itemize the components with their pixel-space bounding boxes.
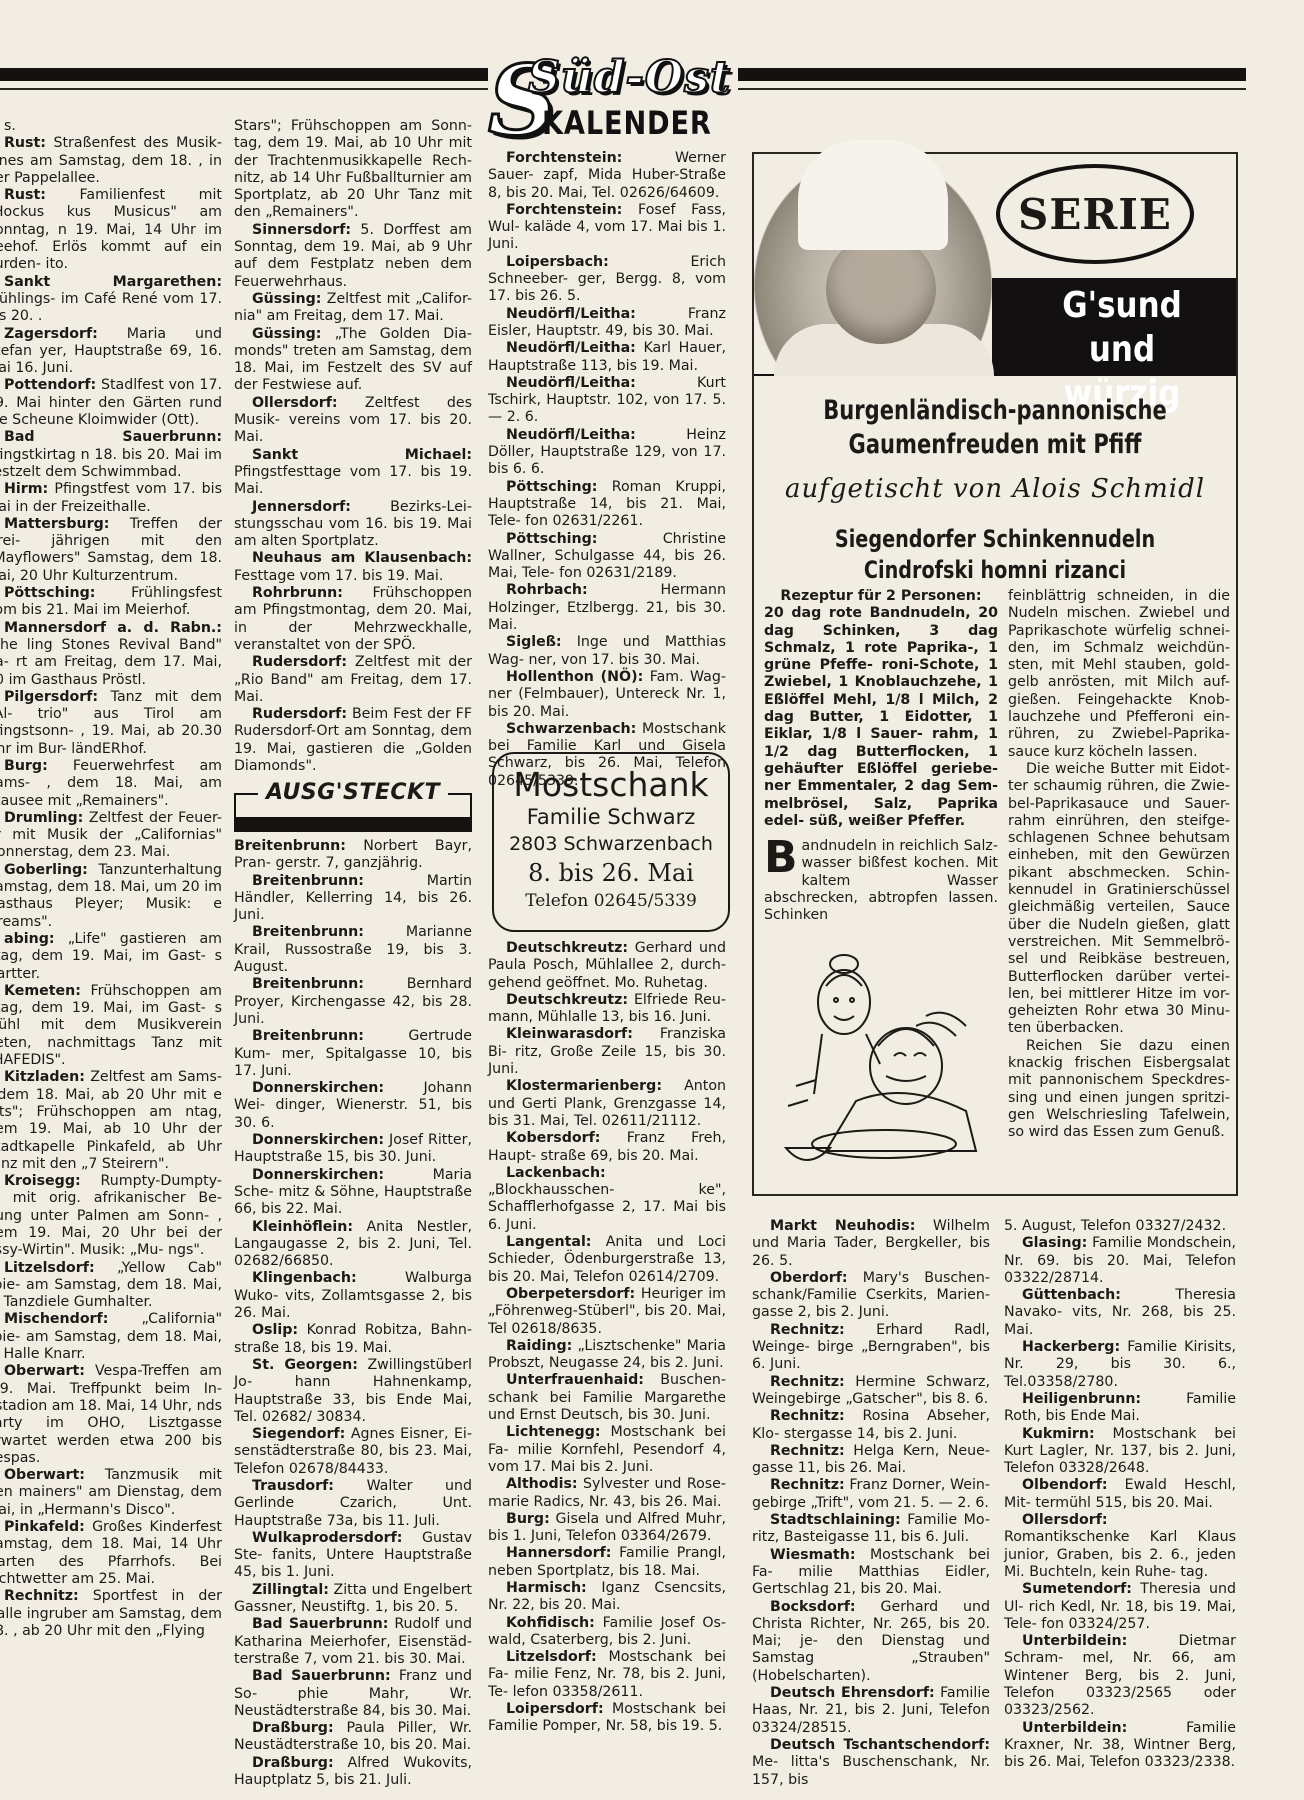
listing-entry: Litzelsdorf: Mostschank bei Fa- milie Fe…	[488, 1649, 726, 1701]
listing-place: Deutsch Tschantschendorf:	[770, 1737, 990, 1753]
listing-entry: Oberdorf: Mary's Buschen- schank/Familie…	[752, 1270, 990, 1322]
listing-place: Neudörfl/Leitha:	[506, 340, 636, 356]
recipe-left-column: Rezeptur für 2 Personen: 20 dag rote Ban…	[764, 588, 998, 925]
listing-entry: Burg: Feuerwehrfest am Sams- , dem 18. M…	[0, 758, 222, 810]
listing-place: Sumetendorf:	[1022, 1581, 1132, 1597]
listing-entry: Oberwart: Vespa-Treffen am /19. Mai. Tre…	[0, 1363, 222, 1467]
listing-place: Sinnersdorf:	[252, 222, 351, 238]
listing-entry: Breitenbrunn: Marianne Krail, Russostraß…	[234, 924, 472, 976]
listing-entry: Loipersbach: Erich Schneeber- ger, Bergg…	[488, 254, 726, 306]
listing-entry: Draßburg: Paula Piller, Wr. Neustädterst…	[234, 1720, 472, 1755]
listing-place: Drumling:	[4, 810, 83, 826]
column-1: s.Rust: Straßenfest des Musik- eines am …	[0, 118, 222, 1778]
listing-entry: Rechnitz: Erhard Radl, Weinge- birge „Be…	[752, 1322, 990, 1374]
column-2-ausgsteckt: Breitenbrunn: Norbert Bayr, Pran- gerstr…	[234, 838, 472, 1789]
ad-dates: 8. bis 26. Mai	[494, 858, 728, 888]
listing-place: Güttenbach:	[1022, 1287, 1121, 1303]
listing-place: Deutsch Ehrensdorf:	[770, 1685, 935, 1701]
listing-place: Rechnitz:	[770, 1477, 845, 1493]
listing-entry: Donnerskirchen: Maria Sche- mitz & Söhne…	[234, 1167, 472, 1219]
listing-entry: Bocksdorf: Gerhard und Christa Richter, …	[752, 1599, 990, 1685]
listing-place: Unterbildein:	[1022, 1720, 1127, 1736]
listing-place: Goberling:	[4, 862, 88, 878]
listing-entry: Breitenbrunn: Martin Händler, Kellerring…	[234, 873, 472, 925]
listing-place: Zillingtal:	[252, 1582, 329, 1598]
listing-entry: Hannersdorf: Familie Prangl, neben Sport…	[488, 1545, 726, 1580]
listing-place: Langental:	[506, 1234, 592, 1250]
newspaper-page: S Süd-Ost KALENDER s.Rust: Straßenfest d…	[0, 0, 1304, 1800]
recipe-step-2: feinblättrig schneiden, in die Nudeln mi…	[1008, 588, 1230, 761]
dish-title: Siegendorfer Schinkennudeln Cindrofski h…	[802, 524, 1188, 586]
column-3-bottom: Deutschkreutz: Gerhard und Paula Posch, …	[488, 940, 726, 1736]
listing-entry: Neudörfl/Leitha: Karl Hauer, Hauptstraße…	[488, 340, 726, 375]
listing-place: Rust:	[4, 135, 46, 151]
listing-entry: 5. August, Telefon 03327/2432.	[1004, 1218, 1236, 1235]
listing-place: Oslip:	[252, 1322, 298, 1338]
listing-entry: Trausdorf: Walter und Gerlinde Czarich, …	[234, 1478, 472, 1530]
listing-entry: Lichtenegg: Mostschank bei Fa- milie Kor…	[488, 1424, 726, 1476]
recipe-step-4: Reichen Sie dazu einen knackig frischen …	[1008, 1038, 1230, 1142]
listing-entry: Neudörfl/Leitha: Kurt Tschirk, Hauptstr.…	[488, 375, 726, 427]
listing-place: Litzelsdorf:	[506, 1649, 597, 1665]
listing-entry: Hackerberg: Familie Kirisits, Nr. 29, bi…	[1004, 1339, 1236, 1391]
listing-entry: Draßburg: Alfred Wukovits, Hauptplatz 5,…	[234, 1755, 472, 1790]
mostschank-ad: Mostschank Familie Schwarz 2803 Schwarze…	[492, 752, 730, 932]
logo-title: KALENDER	[542, 104, 712, 142]
listing-place: Bad Sauerbrunn:	[252, 1668, 391, 1684]
listing-entry: Pinkafeld: Großes Kinderfest Samstag, de…	[0, 1519, 222, 1588]
listing-place: Olbendorf:	[1022, 1477, 1108, 1493]
listing-text: Stars"; Frühschoppen am Sonn- tag, dem 1…	[234, 118, 472, 220]
listing-place: Lackenbach:	[506, 1165, 606, 1181]
listing-place: Pöttsching:	[506, 531, 597, 547]
section-header-bar	[234, 817, 472, 832]
listing-place: Draßburg:	[252, 1720, 334, 1736]
listing-entry: Kitzladen: Zeltfest am Sams- , dem 18. M…	[0, 1069, 222, 1173]
listing-entry: Forchtenstein: Werner Sauer- zapf, Mida …	[488, 150, 726, 202]
listing-entry: Rudersdorf: Zeltfest mit der „Rio Band" …	[234, 654, 472, 706]
ad-phone: Telefon 02645/5339	[494, 888, 728, 914]
listing-text: Pfingstkirtag n 18. bis 20. Mai im Festz…	[0, 447, 222, 480]
listing-entry: Althodis: Sylvester und Rose- marie Radi…	[488, 1476, 726, 1511]
ad-title: Mostschank	[494, 766, 728, 804]
listing-entry: Stars"; Frühschoppen am Sonn- tag, dem 1…	[234, 118, 472, 222]
listing-entry: Deutschkreutz: Gerhard und Paula Posch, …	[488, 940, 726, 992]
listing-place: Mattersburg:	[4, 516, 109, 532]
column-4: Markt Neuhodis: Wilhelm und Maria Tader,…	[752, 1218, 990, 1789]
listing-entry: Rust: Familienfest mit „Hockus kus Music…	[0, 187, 222, 273]
listing-entry: Bad Sauerbrunn: Franz und So- phie Mahr,…	[234, 1668, 472, 1720]
listing-place: Loipersdorf:	[506, 1701, 604, 1717]
listing-entry: Güssing: „The Golden Dia- monds" treten …	[234, 326, 472, 395]
listing-entry: Sinnersdorf: 5. Dorffest am Sonntag, dem…	[234, 222, 472, 291]
header-rule-right	[738, 68, 1246, 81]
listing-entry: Burg: Gisela und Alfred Muhr, bis 1. Jun…	[488, 1511, 726, 1546]
listing-entry: Zagersdorf: Maria und Stefan yer, Haupts…	[0, 326, 222, 378]
listing-entry: Kohfidisch: Familie Josef Os- wald, Csat…	[488, 1615, 726, 1650]
listing-entry: Lackenbach: „Blockhausschen- ke", Schaff…	[488, 1165, 726, 1234]
recipe-right-column: feinblättrig schneiden, in die Nudeln mi…	[1008, 588, 1230, 1142]
listing-place: Forchtenstein:	[506, 202, 622, 218]
recipe-headline: Burgenländisch-pannonische Gaumenfreuden…	[807, 394, 1183, 462]
listing-entry: Jennersdorf: Bezirks-Lei- stungsschau vo…	[234, 499, 472, 551]
listing-entry: Donnerskirchen: Josef Ritter, Hauptstraß…	[234, 1132, 472, 1167]
listing-place: Glasing:	[1022, 1235, 1087, 1251]
listing-place: Güssing:	[252, 326, 321, 342]
listing-place: Hannersdorf:	[506, 1545, 611, 1561]
ad-address: 2803 Schwarzenbach	[494, 831, 728, 858]
listing-entry: Siegendorf: Agnes Eisner, Ei- senstädter…	[234, 1426, 472, 1478]
listing-place: Bocksdorf:	[770, 1599, 856, 1615]
listing-text: „Blockhausschen- ke", Schafflerhofgasse …	[488, 1182, 726, 1233]
listing-place: Burg:	[506, 1511, 550, 1527]
listing-entry: Pöttsching: Frühlingsfest vom bis 21. Ma…	[0, 585, 222, 620]
listing-place: Forchtenstein:	[506, 150, 622, 166]
listing-place: Heiligenbrunn:	[1022, 1391, 1141, 1407]
listing-place: Pinkafeld:	[4, 1519, 85, 1535]
listing-entry: Mischendorf: „California" spie- am Samst…	[0, 1311, 222, 1363]
listing-place: Kobersdorf:	[506, 1130, 600, 1146]
listing-place: Hirm:	[4, 481, 48, 497]
listing-entry: Rohrbrunn: Frühschoppen am Pfingstmontag…	[234, 585, 472, 654]
listing-place: Donnerskirchen:	[252, 1132, 384, 1148]
chef-face	[826, 234, 936, 344]
listing-place: Siegendorf:	[252, 1426, 345, 1442]
cartoon-illustration-icon	[766, 936, 998, 1184]
listing-entry: Goberling: Tanzunterhaltung Samstag, dem…	[0, 862, 222, 931]
listing-entry: Wiesmath: Mostschank bei Fa- milie Matth…	[752, 1547, 990, 1599]
listing-place: Kleinwarasdorf:	[506, 1026, 633, 1042]
listing-place: Bad Sauerbrunn:	[252, 1616, 388, 1632]
listing-entry: Bad Sauerbrunn: Rudolf und Katharina Mei…	[234, 1616, 472, 1668]
listing-entry: Sigleß: Inge und Matthias Wag- ner, von …	[488, 634, 726, 669]
listing-entry: Oberpetersdorf: Heuriger im „Föhrenweg-S…	[488, 1286, 726, 1338]
listing-entry: Markt Neuhodis: Wilhelm und Maria Tader,…	[752, 1218, 990, 1270]
listing-entry: Heiligenbrunn: Familie Roth, bis Ende Ma…	[1004, 1391, 1236, 1426]
listing-entry: Mannersdorf a. d. Rabn.: „The ling Stone…	[0, 620, 222, 689]
listing-place: Stadtschlaining:	[770, 1512, 901, 1528]
listing-place: Jennersdorf:	[252, 499, 351, 515]
listing-entry: Pöttsching: Roman Kruppi, Hauptstraße 14…	[488, 479, 726, 531]
recipe-byline: aufgetischt von Alois Schmidl	[754, 474, 1236, 504]
listing-place: Markt Neuhodis:	[770, 1218, 915, 1234]
listing-place: Rohrbrunn:	[252, 585, 343, 601]
listing-entry: Rechnitz: Sportfest in der Halle ingrube…	[0, 1588, 222, 1640]
listing-entry: Litzelsdorf: „Yellow Cab" spie- am Samst…	[0, 1260, 222, 1312]
listing-text: Romantikschenke Karl Klaus junior, Grabe…	[1004, 1529, 1236, 1580]
section-header-ausgsteckt: AUSG'STECKT	[234, 780, 472, 832]
listing-place: Raiding:	[506, 1338, 572, 1354]
listing-place: Pöttsching:	[4, 585, 95, 601]
listing-entry: Langental: Anita und Loci Schieder, Öden…	[488, 1234, 726, 1286]
listing-place: Unterbildein:	[1022, 1633, 1127, 1649]
listing-entry: Pöttsching: Christine Wallner, Schulgass…	[488, 531, 726, 583]
listing-entry: Klingenbach: Walburga Wuko- vits, Zollam…	[234, 1270, 472, 1322]
listing-place: Mannersdorf a. d. Rabn.:	[4, 620, 222, 636]
listing-entry: abing: „Life" gastieren am ntag, dem 19.…	[0, 931, 222, 983]
listing-place: Pilgersdorf:	[4, 689, 98, 705]
listing-entry: Raiding: „Lisztschenke" Maria Probszt, N…	[488, 1338, 726, 1373]
listing-place: Donnerskirchen:	[252, 1167, 384, 1183]
listing-place: Kukmirn:	[1022, 1426, 1095, 1442]
listing-entry: Loipersdorf: Mostschank bei Familie Pomp…	[488, 1701, 726, 1736]
listing-place: Rohrbach:	[506, 582, 588, 598]
ingredients: Rezeptur für 2 Personen: 20 dag rote Ban…	[764, 588, 998, 830]
listing-place: Rudersdorf:	[252, 654, 347, 670]
listing-entry: Kobersdorf: Franz Freh, Haupt- straße 69…	[488, 1130, 726, 1165]
listing-entry: Neudörfl/Leitha: Heinz Döller, Hauptstra…	[488, 427, 726, 479]
listing-place: Pottendorf:	[4, 377, 96, 393]
section-title: AUSG'STECKT	[258, 780, 448, 805]
listing-place: Oberwart:	[4, 1363, 85, 1379]
listing-place: Althodis:	[506, 1476, 578, 1492]
column-3-top: Forchtenstein: Werner Sauer- zapf, Mida …	[488, 150, 726, 790]
listing-place: Breitenbrunn:	[234, 838, 346, 854]
listing-text: Frühlings- im Café René vom 17. bis 20. …	[0, 291, 222, 324]
listing-place: Litzelsdorf:	[4, 1260, 95, 1276]
listing-place: Rust:	[4, 187, 46, 203]
listing-place: Rechnitz:	[770, 1374, 845, 1390]
listing-entry: Rechnitz: Hermine Schwarz, Weingebirge „…	[752, 1374, 990, 1409]
listing-place: Klostermarienberg:	[506, 1078, 662, 1094]
listing-place: Ollersdorf:	[252, 395, 338, 411]
listing-entry: Rechnitz: Rosina Abseher, Klo- stergasse…	[752, 1408, 990, 1443]
listing-place: Breitenbrunn:	[252, 976, 364, 992]
listing-entry: Pilgersdorf: Tanz mit dem „Al- trio" aus…	[0, 689, 222, 758]
listing-place: St. Georgen:	[252, 1357, 358, 1373]
recipe-step-1: B andnudeln in reichlich Salz- wasser bi…	[764, 838, 998, 924]
listing-entry: Rust: Straßenfest des Musik- eines am Sa…	[0, 135, 222, 187]
listing-place: Neudörfl/Leitha:	[506, 427, 636, 443]
recipe-feature-box: SERIE G'sund und würzig Burgenländisch-p…	[752, 152, 1238, 1196]
listing-place: Loipersbach:	[506, 254, 609, 270]
listing-place: Wulkaprodersdorf:	[252, 1530, 403, 1546]
listing-entry: Hirm: Pfingstfest vom 17. bis Mai in der…	[0, 481, 222, 516]
listing-place: Rechnitz:	[4, 1588, 79, 1604]
listing-entry: Oslip: Konrad Robitza, Bahn- straße 18, …	[234, 1322, 472, 1357]
listing-entry: St. Georgen: Zwillingstüberl Jo- hann Ha…	[234, 1357, 472, 1426]
listing-place: Oberpetersdorf:	[506, 1286, 635, 1302]
listing-place: Oberwart:	[4, 1467, 85, 1483]
listing-place: Klingenbach:	[252, 1270, 357, 1286]
listing-place: Lichtenegg:	[506, 1424, 601, 1440]
listing-text: Me- litta's Buschenschank, Nr. 157, bis	[752, 1754, 990, 1787]
listing-entry: Kukmirn: Mostschank bei Kurt Lagler, Nr.…	[1004, 1426, 1236, 1478]
listing-entry: Pottendorf: Stadlfest von 17. 19. Mai hi…	[0, 377, 222, 429]
listing-entry: Ollersdorf: Zeltfest des Musik- vereins …	[234, 395, 472, 447]
listing-entry: Breitenbrunn: Norbert Bayr, Pran- gerstr…	[234, 838, 472, 873]
listing-place: Mischendorf:	[4, 1311, 108, 1327]
listing-entry: Hollenthon (NÖ): Fam. Wag- ner (Felmbaue…	[488, 669, 726, 721]
column-2-events: Stars"; Frühschoppen am Sonn- tag, dem 1…	[234, 118, 472, 775]
listing-place: Neudörfl/Leitha:	[506, 306, 636, 322]
listing-place: Draßburg:	[252, 1755, 334, 1771]
listing-place: Kitzladen:	[4, 1069, 85, 1085]
listing-place: Breitenbrunn:	[252, 873, 364, 889]
listing-place: Kroisegg:	[4, 1173, 81, 1189]
listing-place: Oberdorf:	[770, 1270, 848, 1286]
listing-place: Kemeten:	[4, 983, 81, 999]
drop-cap: B	[764, 840, 798, 876]
listing-entry: Kleinwarasdorf: Franziska Bi- ritz, Groß…	[488, 1026, 726, 1078]
listing-place: Kohfidisch:	[506, 1615, 595, 1631]
listing-place: Burg:	[4, 758, 48, 774]
listing-place: Donnerskirchen:	[252, 1080, 384, 1096]
header-thin-rule-right	[738, 88, 1246, 90]
listing-place: abing:	[4, 931, 55, 947]
recipe-step-1-text: andnudeln in reichlich Salz- wasser bißf…	[764, 838, 998, 923]
listing-place: Schwarzenbach:	[506, 721, 636, 737]
listing-place: Rechnitz:	[770, 1443, 845, 1459]
listing-place: Breitenbrunn:	[252, 1028, 364, 1044]
listing-entry: Rechnitz: Franz Dorner, Wein- gebirge „T…	[752, 1477, 990, 1512]
listing-entry: Unterfrauenhaid: Buschen- schank bei Fam…	[488, 1372, 726, 1424]
listing-place: Rudersdorf:	[252, 706, 347, 722]
listing-text: 5. August, Telefon 03327/2432.	[1004, 1218, 1226, 1234]
listing-entry: Zillingtal: Zitta und Engelbert Gassner,…	[234, 1582, 472, 1617]
listing-place: Unterfrauenhaid:	[506, 1372, 644, 1388]
listing-entry: Sankt Michael: Pfingstfesttage vom 17. b…	[234, 447, 472, 499]
listing-text: Festtage vom 17. bis 19. Mai.	[234, 568, 443, 584]
listing-entry: Deutschkreutz: Elfriede Reu- mann, Mühla…	[488, 992, 726, 1027]
listing-entry: Güssing: Zeltfest mit „Califor- nia" am …	[234, 291, 472, 326]
listing-entry: s.	[0, 118, 222, 135]
listing-entry: Sumetendorf: Theresia und Ul- rich Kedl,…	[1004, 1581, 1236, 1633]
listing-entry: Klostermarienberg: Anton und Gerti Plank…	[488, 1078, 726, 1130]
listing-entry: Rohrbach: Hermann Holzinger, Etzlbergg. …	[488, 582, 726, 634]
listing-place: Deutschkreutz:	[506, 992, 628, 1008]
listing-entry: Neudörfl/Leitha: Franz Eisler, Hauptstr.…	[488, 306, 726, 341]
listing-place: Neudörfl/Leitha:	[506, 375, 636, 391]
column-5: 5. August, Telefon 03327/2432.Glasing: F…	[1004, 1218, 1236, 1772]
chef-photo	[754, 154, 992, 374]
listing-entry: Deutsch Ehrensdorf: Familie Haas, Nr. 21…	[752, 1685, 990, 1737]
listing-place: Breitenbrunn:	[252, 924, 364, 940]
listing-place: Güssing:	[252, 291, 321, 307]
listing-place: Sankt Margarethen:	[4, 274, 222, 290]
listing-entry: Deutsch Tschantschendorf: Me- litta's Bu…	[752, 1737, 990, 1789]
listing-entry: Bad Sauerbrunn: Pfingstkirtag n 18. bis …	[0, 429, 222, 481]
listing-entry: Drumling: Zeltfest der Feuer- hr mit Mus…	[0, 810, 222, 862]
listing-entry: Wulkaprodersdorf: Gustav Ste- fanits, Un…	[234, 1530, 472, 1582]
listing-entry: Oberwart: Tanzmusik mit den mainers" am …	[0, 1467, 222, 1519]
listing-entry: Harmisch: Iganz Csencsits, Nr. 22, bis 2…	[488, 1580, 726, 1615]
listing-entry: Unterbildein: Dietmar Schram- mel, Nr. 6…	[1004, 1633, 1236, 1719]
listing-entry: Rudersdorf: Beim Fest der FF Rudersdorf-…	[234, 706, 472, 775]
listing-entry: Breitenbrunn: Gertrude Kum- mer, Spitalg…	[234, 1028, 472, 1080]
listing-place: Zagersdorf:	[4, 326, 98, 342]
listing-entry: Glasing: Familie Mondschein, Nr. 69. bis…	[1004, 1235, 1236, 1287]
listing-place: Deutschkreutz:	[506, 940, 628, 956]
ad-family: Familie Schwarz	[494, 804, 728, 831]
listing-place: Neuhaus am Klausenbach:	[252, 550, 472, 566]
listing-place: Hollenthon (NÖ):	[506, 669, 643, 685]
sued-ost-kalender-logo: S Süd-Ost KALENDER	[488, 52, 758, 144]
listing-place: Rechnitz:	[770, 1322, 845, 1338]
listing-entry: Güttenbach: Theresia Navako- vits, Nr. 2…	[1004, 1287, 1236, 1339]
listing-place: Ollersdorf:	[1022, 1512, 1108, 1528]
listing-place: Sankt Michael:	[252, 447, 472, 463]
listing-place: Kleinhöflein:	[252, 1219, 353, 1235]
listing-place: Hackerberg:	[1022, 1339, 1120, 1355]
listing-entry: Donnerskirchen: Johann Wei- dinger, Wien…	[234, 1080, 472, 1132]
listing-entry: Kroisegg: Rumpty-Dumpty- ty mit orig. af…	[0, 1173, 222, 1259]
listing-entry: Stadtschlaining: Familie Mo- ritz, Baste…	[752, 1512, 990, 1547]
listing-text: s.	[4, 118, 16, 134]
logo-script: Süd-Ost	[528, 52, 731, 103]
listing-place: Rechnitz:	[770, 1408, 845, 1424]
listing-place: Wiesmath:	[770, 1547, 856, 1563]
listing-entry: Rechnitz: Helga Kern, Neue- gasse 11, bi…	[752, 1443, 990, 1478]
listing-entry: Olbendorf: Ewald Heschl, Mit- termühl 51…	[1004, 1477, 1236, 1512]
listing-entry: Neuhaus am Klausenbach: Festtage vom 17.…	[234, 550, 472, 585]
header-rule-left	[0, 68, 488, 81]
header-thin-rule-left	[0, 88, 488, 90]
listing-text: „The ling Stones Revival Band" ga- rt am…	[0, 637, 222, 688]
listing-entry: Kleinhöflein: Anita Nestler, Langaugasse…	[234, 1219, 472, 1271]
listing-entry: Unterbildein: Familie Kraxner, Nr. 38, W…	[1004, 1720, 1236, 1772]
listing-entry: Ollersdorf: Romantikschenke Karl Klaus j…	[1004, 1512, 1236, 1581]
listing-entry: Forchtenstein: Fosef Fass, Wul- kaläde 4…	[488, 202, 726, 254]
listing-place: Sigleß:	[506, 634, 562, 650]
listing-entry: Breitenbrunn: Bernhard Proyer, Kirchenga…	[234, 976, 472, 1028]
chef-hat	[798, 140, 948, 250]
recipe-step-3: Die weiche Butter mit Eidot- ter schaumi…	[1008, 761, 1230, 1038]
listing-text: Pfingstfesttage vom 17. bis 19. Mai.	[234, 464, 472, 497]
listing-entry: Sankt Margarethen: Frühlings- im Café Re…	[0, 274, 222, 326]
serie-badge: SERIE	[996, 164, 1194, 264]
listing-place: Pöttsching:	[506, 479, 597, 495]
ingredients-lead: Rezeptur für 2 Personen:	[764, 588, 998, 605]
listing-entry: Mattersburg: Treffen der Drei- jährigen …	[0, 516, 222, 585]
listing-place: Bad Sauerbrunn:	[4, 429, 222, 445]
listing-place: Harmisch:	[506, 1580, 587, 1596]
listing-place: Trausdorf:	[252, 1478, 334, 1494]
ingredients-list: 20 dag rote Bandnudeln, 20 dag Schinken,…	[764, 605, 998, 829]
listing-entry: Kemeten: Frühschoppen am ntag, dem 19. M…	[0, 983, 222, 1069]
